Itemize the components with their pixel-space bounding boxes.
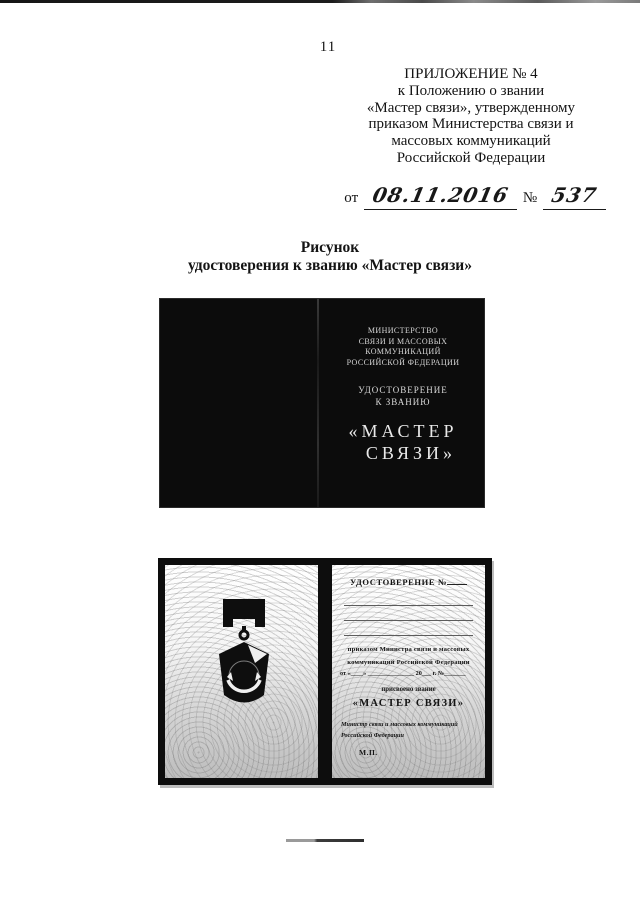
handwritten-date: 08.11.2016 [371, 184, 511, 206]
cover-ministry-line: КОММУНИКАЦИЙ [322, 347, 484, 358]
number-label: № [523, 190, 537, 206]
certificate-seal-label: М.П. [332, 748, 485, 757]
booklet-left-page [165, 565, 318, 778]
cover-title-line1: «МАСТЕР [322, 420, 484, 442]
appendix-header-line: приказом Министерства связи и [330, 116, 612, 133]
certificate-open-image: УДОСТОВЕРЕНИЕ № приказом Министра связи … [158, 558, 492, 785]
cover-subtitle-line: К ЗВАНИЮ [322, 397, 484, 409]
cover-title-line2: СВЯЗИ» [322, 442, 484, 464]
certificate-awarded-label: присвоено звание [332, 686, 485, 693]
certificate-date-blank: от «____» _______________ 20___ г. №____… [332, 670, 485, 677]
footer-rule-line [286, 839, 364, 842]
number-underline: 537 [543, 184, 606, 210]
appendix-header-line: «Мастер связи», утвержденному [330, 100, 612, 117]
page-number: 11 [298, 39, 358, 56]
date-underline: 08.11.2016 [364, 184, 517, 210]
cover-subtitle-text: УДОСТОВЕРЕНИЕ К ЗВАНИЮ [322, 385, 484, 408]
appendix-header-line: к Положению о звании [330, 83, 612, 100]
cover-spine-fold [317, 299, 319, 507]
certificate-order-text: приказом Министра связи и массовых комму… [332, 643, 485, 669]
cover-subtitle-line: УДОСТОВЕРЕНИЕ [322, 385, 484, 397]
appendix-header: ПРИЛОЖЕНИЕ № 4 к Положению о звании «Мас… [330, 66, 612, 167]
medal-badge-icon [215, 597, 273, 723]
blank-line [344, 620, 473, 621]
appendix-header-line: Российской Федерации [330, 150, 612, 167]
certificate-number-blank [447, 576, 467, 585]
blank-line [344, 605, 473, 606]
scanned-document-page: 11 ПРИЛОЖЕНИЕ № 4 к Положению о звании «… [0, 0, 640, 905]
scan-edge-artifact [0, 0, 640, 3]
cover-front-panel: МИНИСТЕРСТВО СВЯЗИ И МАССОВЫХ КОММУНИКАЦ… [322, 299, 484, 507]
certificate-signature-block: Министр связи и массовых коммуникаций Ро… [332, 719, 485, 741]
cover-ministry-line: МИНИСТЕРСТВО [322, 326, 484, 337]
certificate-title: «МАСТЕР СВЯЗИ» [332, 698, 485, 709]
certificate-heading: УДОСТОВЕРЕНИЕ № [332, 576, 485, 587]
appendix-header-line: массовых коммуникаций [330, 133, 612, 150]
cover-ministry-text: МИНИСТЕРСТВО СВЯЗИ И МАССОВЫХ КОММУНИКАЦ… [322, 326, 484, 368]
cover-ministry-line: РОССИЙСКОЙ ФЕДЕРАЦИИ [322, 358, 484, 369]
blank-line [344, 635, 473, 636]
cover-ministry-line: СВЯЗИ И МАССОВЫХ [322, 337, 484, 348]
handwritten-number: 537 [550, 184, 599, 206]
figure-title-line2: удостоверения к званию «Мастер связи» [30, 257, 630, 275]
figure-title: Рисунок удостоверения к званию «Мастер с… [30, 239, 630, 275]
booklet-spine [318, 565, 332, 778]
date-label: от [344, 190, 358, 206]
order-date-row: от 08.11.2016 № 537 [340, 184, 612, 210]
booklet-right-page: УДОСТОВЕРЕНИЕ № приказом Министра связи … [332, 565, 485, 778]
appendix-header-line: ПРИЛОЖЕНИЕ № 4 [330, 66, 612, 83]
figure-title-line1: Рисунок [30, 239, 630, 257]
cover-title-text: «МАСТЕР СВЯЗИ» [322, 420, 484, 464]
certificate-cover-image: МИНИСТЕРСТВО СВЯЗИ И МАССОВЫХ КОММУНИКАЦ… [160, 299, 484, 507]
